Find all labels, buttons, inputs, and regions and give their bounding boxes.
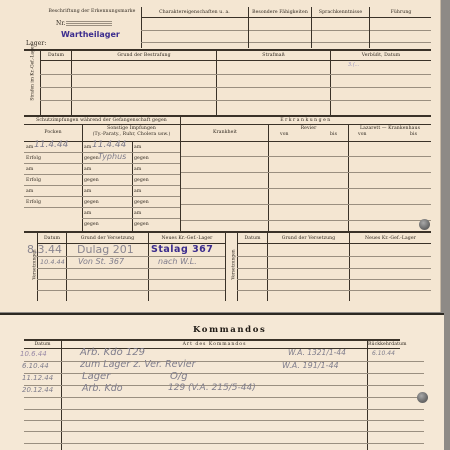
am-label: am (84, 167, 91, 172)
col-illness: Krankheit (181, 130, 269, 135)
am-label: am (134, 145, 141, 150)
row-line (181, 172, 431, 173)
kommando-ref-1: W.A. 1321/1-44 (288, 348, 346, 357)
row-line (181, 220, 431, 221)
section-rule (24, 115, 431, 117)
transfer-camp-2: nach W.L. (158, 257, 197, 266)
col-date: Datum (41, 53, 71, 58)
sonstige-against: Typhus (98, 152, 126, 161)
col-return: Rückkehrdatum (368, 342, 400, 347)
am-label: am (84, 211, 91, 216)
transfer-date-2: 10.4.44 (40, 258, 65, 266)
am-label: am (84, 189, 91, 194)
col-date: Datum (238, 236, 267, 241)
section-rule (24, 231, 431, 233)
row-line (141, 42, 431, 43)
faint-mark: 3.(... (348, 62, 360, 68)
gegen-label: gegen (134, 200, 149, 205)
row-line (237, 279, 431, 280)
row-line (24, 431, 424, 432)
kommando-ref-3: O/g (170, 371, 188, 382)
am-label: am (134, 189, 141, 194)
row-line (24, 196, 180, 197)
pocken-header: Pocken (24, 130, 82, 135)
gegen-label: gegen (134, 222, 149, 227)
punch-hole (419, 219, 430, 230)
am-label: am (84, 145, 91, 150)
col-new-camp: Neues Kr.-Gef.-Lager (149, 236, 225, 241)
gegen-label: gegen (84, 222, 99, 227)
card-edge (0, 313, 444, 315)
sonstige-date: 11.4.44 (92, 140, 126, 150)
nr-line (66, 21, 112, 22)
kommando-ref-4: 129 (V.A. 215/5-44) (168, 383, 256, 393)
row-line (181, 124, 431, 125)
col-new-camp: Neues Kr.-Gef.-Lager (350, 236, 431, 241)
nr-line (66, 25, 112, 26)
transfer-date-1: 8.3.44 (27, 243, 62, 256)
col-languages: Sprachkenntnisse (312, 10, 369, 15)
col-date: Datum (38, 236, 66, 241)
kommando-type-3: Lager (82, 371, 110, 382)
divider (216, 49, 217, 115)
kommandos-title: Kommandos (193, 325, 266, 335)
erfolg-label: Erfolg (26, 200, 41, 205)
col-served: Verbüßt, Datum (331, 53, 431, 58)
gegen-label: gegen (84, 156, 99, 161)
gegen-label: gegen (134, 178, 149, 183)
upper-card: Beschriftung der Erkennungsmarke Nr. Lag… (0, 0, 441, 312)
gegen-label: gegen (84, 200, 99, 205)
col-reason: Grund der Versetzung (268, 236, 349, 241)
gegen-label: gegen (134, 156, 149, 161)
hospital-von: von (358, 132, 367, 137)
col-conduct: Führung (370, 10, 432, 15)
punch-hole (417, 392, 428, 403)
row-line (24, 397, 424, 398)
am-label: am (26, 145, 33, 150)
row-line (141, 30, 431, 31)
section-rule (24, 49, 431, 51)
am-label: am (134, 211, 141, 216)
section-rule (24, 339, 400, 341)
am-label: am (134, 167, 141, 172)
row-line (24, 174, 180, 175)
divider (40, 49, 41, 115)
row-line (37, 279, 225, 280)
erfolg-label: Erfolg (26, 156, 41, 161)
nr-label: Nr. (56, 20, 66, 27)
am-label: am (26, 189, 33, 194)
col-reason: Grund der Versetzung (67, 236, 148, 241)
row-line (237, 290, 431, 291)
row-line (24, 409, 424, 410)
divider (367, 340, 368, 450)
transfer-reason-2: Von St. 367 (78, 257, 124, 266)
row-line (237, 268, 431, 269)
kommando-date-4: 20.12.44 (22, 386, 53, 394)
kommando-ref-2: W.A. 191/1-44 (282, 361, 339, 370)
kommando-type-4: Arb. Kdo (82, 383, 123, 394)
divider (330, 49, 331, 115)
revier-bis: bis (330, 132, 337, 137)
nr-line (66, 23, 112, 24)
kommando-type-1: Arb. Kdo 129 (80, 347, 145, 358)
hospital-bis: bis (410, 132, 417, 137)
row-line (37, 256, 225, 257)
divider (225, 233, 226, 301)
row-line (37, 290, 225, 291)
col-sentence: Strafmaß (217, 53, 330, 58)
row-line (24, 185, 180, 186)
row-line (37, 268, 225, 269)
row-line (24, 420, 424, 421)
row-line (40, 74, 431, 75)
divider (71, 49, 72, 115)
pocken-date: 11.4.44 (34, 140, 68, 150)
lager-stamp: Wartheilager (61, 30, 120, 39)
id-tag-label: Beschriftung der Erkennungsmarke (38, 9, 146, 14)
col-hospital: Lazarett — Krankenhaus (349, 126, 431, 131)
row-line (181, 141, 431, 142)
lower-card: Kommandos Datum Art des Kommandos Rückke… (0, 313, 444, 450)
col-revier: Revier (269, 126, 348, 131)
sonstige-header: Sonstige Impfungen (83, 126, 180, 131)
col-abilities: Besondere Fähigkeiten (249, 10, 311, 15)
kommando-date-1: 10.6.44 (20, 350, 47, 358)
sonstige-sub: (Ty.-Paraty., Ruhr, Cholera usw.) (83, 132, 180, 137)
row-line (24, 443, 424, 444)
transfer-camp-stamp: Stalag 367 (151, 244, 213, 255)
row-line (40, 100, 431, 101)
erfolg-label: Erfolg (26, 178, 41, 183)
row-line (237, 243, 431, 244)
row-line (24, 207, 180, 208)
divider (141, 17, 431, 18)
punishments-side-label: Strafen im Kr.-Gef.-Lager (31, 38, 36, 108)
col-character: Charaktereigenschaften u. a. (142, 10, 247, 15)
col-reason: Grund der Bestrafung (72, 53, 216, 58)
row-line (24, 163, 180, 164)
kommando-date-2: 6.10.44 (22, 362, 49, 370)
illness-title: Erkrankungen (181, 118, 431, 123)
row-line (181, 188, 431, 189)
gegen-label: gegen (84, 178, 99, 183)
row-line (237, 256, 431, 257)
row-line (24, 124, 180, 125)
am-label: am (26, 167, 33, 172)
row-line (40, 87, 431, 88)
divider (61, 340, 62, 450)
revier-von: von (280, 132, 289, 137)
transfers-side-label-right: Versetzungen (232, 240, 237, 290)
row-line (40, 60, 431, 61)
lager-label: Lager: (26, 40, 46, 47)
row-line (181, 204, 431, 205)
kommando-type-2: zum Lager z. Ver. Revier (80, 359, 196, 370)
kommando-return-1: 6.10.44 (372, 350, 395, 357)
col-date: Datum (24, 342, 61, 347)
kommando-date-3: 11.12.44 (22, 374, 53, 382)
row-line (181, 156, 431, 157)
vaccination-title: Schutzimpfungen während der Gefangenscha… (24, 118, 179, 123)
row-line (82, 218, 180, 219)
transfer-reason-1: Dulag 201 (77, 243, 134, 256)
